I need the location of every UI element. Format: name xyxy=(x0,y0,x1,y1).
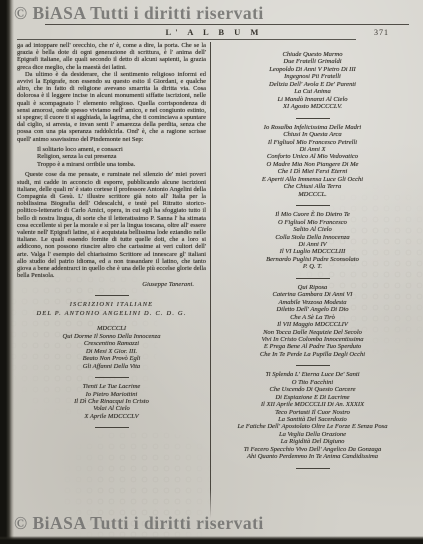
epitaph-line: Conforto Unico Al Mio Vedovatico xyxy=(214,153,411,160)
scanned-page: © BiASA Tutti i diritti riservati © BiAS… xyxy=(0,0,423,544)
epitaph-line: Che I Dì Miei Fersi Eterni xyxy=(214,168,411,175)
epitaph-line: Gli Affanni Della Vita xyxy=(17,363,206,370)
epitaph-line: Che Chiusi Alla Terra xyxy=(214,183,411,190)
epitaph-line: Ti Fecero Specchio Vivo Dell' Angelico D… xyxy=(214,446,411,453)
epitaph-line: O Figliuol Mio Francesco xyxy=(214,219,411,226)
epitaph-line: E Aperti Alla Immensa Luce Gli Occhi xyxy=(214,176,411,183)
epitaph-line: Che Uscendo Di Questo Carcere xyxy=(214,386,411,393)
rule-divider xyxy=(95,295,129,296)
journal-title: L' A L B U M xyxy=(17,27,411,37)
epitaph-line: Li Mandò Innanzi Al Cielo xyxy=(214,96,411,103)
body-paragraph: Da ultimo è da desiderare, che il sentim… xyxy=(17,71,206,143)
epitaph-block: Tienti Le Tue LacrimeIo Pietro Mariottin… xyxy=(17,383,206,420)
epitaph-line: Io Pietro Mariottini xyxy=(17,391,206,398)
page-content: L' A L B U M 371 ga ad intoppare nell' o… xyxy=(17,24,411,518)
epitaph-line: Tienti Le Tue Lacrime xyxy=(17,383,206,390)
epitaph-line: Chiude Questo Marmo xyxy=(214,51,411,58)
epitaph-line: Il Mio Cuore È Ito Dietro Te xyxy=(214,211,411,218)
epitaph-line: Chiusi In Questa Arca xyxy=(214,131,411,138)
epitaph-line: MDCCCL. xyxy=(214,191,411,198)
epitaph-line: Di Mesi X Gior. III. xyxy=(17,348,206,355)
verse-line: Religion, senza la cui presenza xyxy=(37,153,206,161)
epitaph-line: Ingegnosi Pii Fratelli xyxy=(214,73,411,80)
column-divider-rule xyxy=(210,42,211,518)
epitaph-line: Ti Splenda L' Eterna Luce De' Santi xyxy=(214,371,411,378)
epitaph-line: Vivi In Cristo Colomba Innocentissima xyxy=(214,336,411,343)
rule-divider xyxy=(296,278,330,279)
rule-divider xyxy=(95,377,129,378)
epitaph-line: Bernardo Puglisi Padre Sconsolato xyxy=(214,256,411,263)
epitaph-block: Chiude Questo MarmoDue Fratelli Grimaldi… xyxy=(214,51,411,111)
scan-edge-left xyxy=(0,0,14,544)
epitaph-line: Caterina Gambara Di Anni VI xyxy=(214,291,411,298)
rule-divider xyxy=(296,118,330,119)
header-rule-top xyxy=(45,24,409,25)
copyright-watermark-top: © BiASA Tutti i diritti riservati xyxy=(14,3,264,24)
epitaph-line: Di Anni IV xyxy=(214,241,411,248)
epitaph-line: Salito Al Cielo xyxy=(214,226,411,233)
rule-divider xyxy=(296,365,330,366)
epitaph-block: Io Rosalba Infelicissima Delle MadriChiu… xyxy=(214,124,411,199)
epitaph-line: Ahi Quanto Perdemmo In Te Anima Candidis… xyxy=(214,453,411,460)
rule-divider xyxy=(296,205,330,206)
epitaph-line: Il Dì Che Rinacqui In Cristo xyxy=(17,398,206,405)
epitaph-line: XI Agosto MDCCCLV. xyxy=(214,103,411,110)
epitaph-line: Qui Riposa xyxy=(214,284,411,291)
epitaph-line: MDCCCLI xyxy=(17,325,206,332)
epitaph-line: La Rigidità Del Digiuno xyxy=(214,438,411,445)
epitaph-line: Di Espiazione E Di Lacrime xyxy=(214,394,411,401)
epitaph-line: Io Rosalba Infelicissima Delle Madri xyxy=(214,124,411,131)
rule-divider xyxy=(95,427,129,428)
epitaph-line: Il VII Maggio MDCCCLIV xyxy=(214,321,411,328)
epitaph-line: X Aprile MDCCCLV xyxy=(17,413,206,420)
epitaph-block: Il Mio Cuore È Ito Dietro TeO Figliuol M… xyxy=(214,211,411,271)
scan-edge-bottom xyxy=(0,536,423,544)
epitaph-line: Il VI Luglio MDCCCLIII xyxy=(214,248,411,255)
epitaph-line: Non Tocca Dalle Nequizie Del Secolo xyxy=(214,329,411,336)
epitaph-block: Qui RiposaCaterina Gambara Di Anni VIAma… xyxy=(214,284,411,359)
epitaph-line: O Madre Mia Non Piangere Di Me xyxy=(214,161,411,168)
epitaph-line: Le Fatiche Dell' Apostolato Oltre Le For… xyxy=(214,423,411,430)
epitaph-line: Beato Non Provò Egli xyxy=(17,355,206,362)
left-column: ga ad intoppare nell' orecchio, che n' è… xyxy=(17,42,206,518)
page-header: L' A L B U M 371 xyxy=(17,26,411,39)
epitaph-line: O Tito Facchini xyxy=(214,379,411,386)
body-paragraphs: ga ad intoppare nell' orecchio, che n' è… xyxy=(17,42,206,143)
body-paragraph: ga ad intoppare nell' orecchio, che n' è… xyxy=(17,42,206,71)
author-signature: Giuseppe Tanerani. xyxy=(17,281,194,288)
epitaph-line: Diletto Dell' Angelo Di Dio xyxy=(214,306,411,313)
epitaph-line: Due Fratelli Grimaldi xyxy=(214,58,411,65)
verse-block: Il solitario loco ameni, e consacriRelig… xyxy=(37,146,206,169)
epitaph-line: Il XII Aprile MDCCCLII Di An. XXXIX xyxy=(214,401,411,408)
epitaph-block: MDCCCLIQui Dorme Il Sonno Della Innocenz… xyxy=(17,325,206,370)
epitaph-line: E Prega Bene Al Padre Tuo Sperduto xyxy=(214,343,411,350)
epitaph-line: La Santità Del Sacerdozio xyxy=(214,416,411,423)
epitaph-line: Volai Al Cielo xyxy=(17,405,206,412)
epitaph-line: La Cui Anima xyxy=(214,88,411,95)
body-paragraphs: Queste cose da me pensate, e ruminate ne… xyxy=(17,171,206,279)
epitaph-line: P. Q. T. xyxy=(214,263,411,270)
epitaph-line: Amabile Vezzosa Modesta xyxy=(214,299,411,306)
epitaph-line: Delizia Dell' Avola E De' Parenti xyxy=(214,81,411,88)
epitaph-line: La Veglia Della Orazione xyxy=(214,431,411,438)
section-heading-line2: DEL P. ANTONIO ANGELINI D. C. D. G. xyxy=(17,310,206,317)
header-rule-bottom xyxy=(17,39,356,40)
body-paragraph: Queste cose da me pensate, e ruminate ne… xyxy=(17,171,206,279)
right-column: Chiude Questo MarmoDue Fratelli Grimaldi… xyxy=(214,42,411,518)
epitaph-line: Leopoldo Di Anni V Pietro Di III xyxy=(214,66,411,73)
epitaph-line: Che In Te Perde La Pupilla Degli Occhi xyxy=(214,351,411,358)
epitaph-line: Colla Stola Della Innocenza xyxy=(214,234,411,241)
epitaph-block: Ti Splenda L' Eterna Luce De' SantiO Tit… xyxy=(214,371,411,460)
epitaph-line: Che A Sè La Tirò xyxy=(214,314,411,321)
epitaph-line: Qui Dorme Il Sonno Della Innocenza xyxy=(17,333,206,340)
rule-divider xyxy=(296,468,330,469)
two-column-layout: ga ad intoppare nell' orecchio, che n' è… xyxy=(17,42,411,518)
verse-line: Il solitario loco ameni, e consacri xyxy=(37,146,206,154)
section-heading-line1: ISCRIZIONI ITALIANE xyxy=(17,301,206,308)
epitaph-line: Crescentino Ramazzi xyxy=(17,340,206,347)
page-number: 371 xyxy=(374,28,389,37)
epitaph-line: Teco Portasti Il Cuor Nostro xyxy=(214,409,411,416)
verse-line: Troppo è a mirarsi orribile una tomba. xyxy=(37,161,206,169)
epitaph-line: Il Figliuol Mio Francesco Petrelli xyxy=(214,139,411,146)
